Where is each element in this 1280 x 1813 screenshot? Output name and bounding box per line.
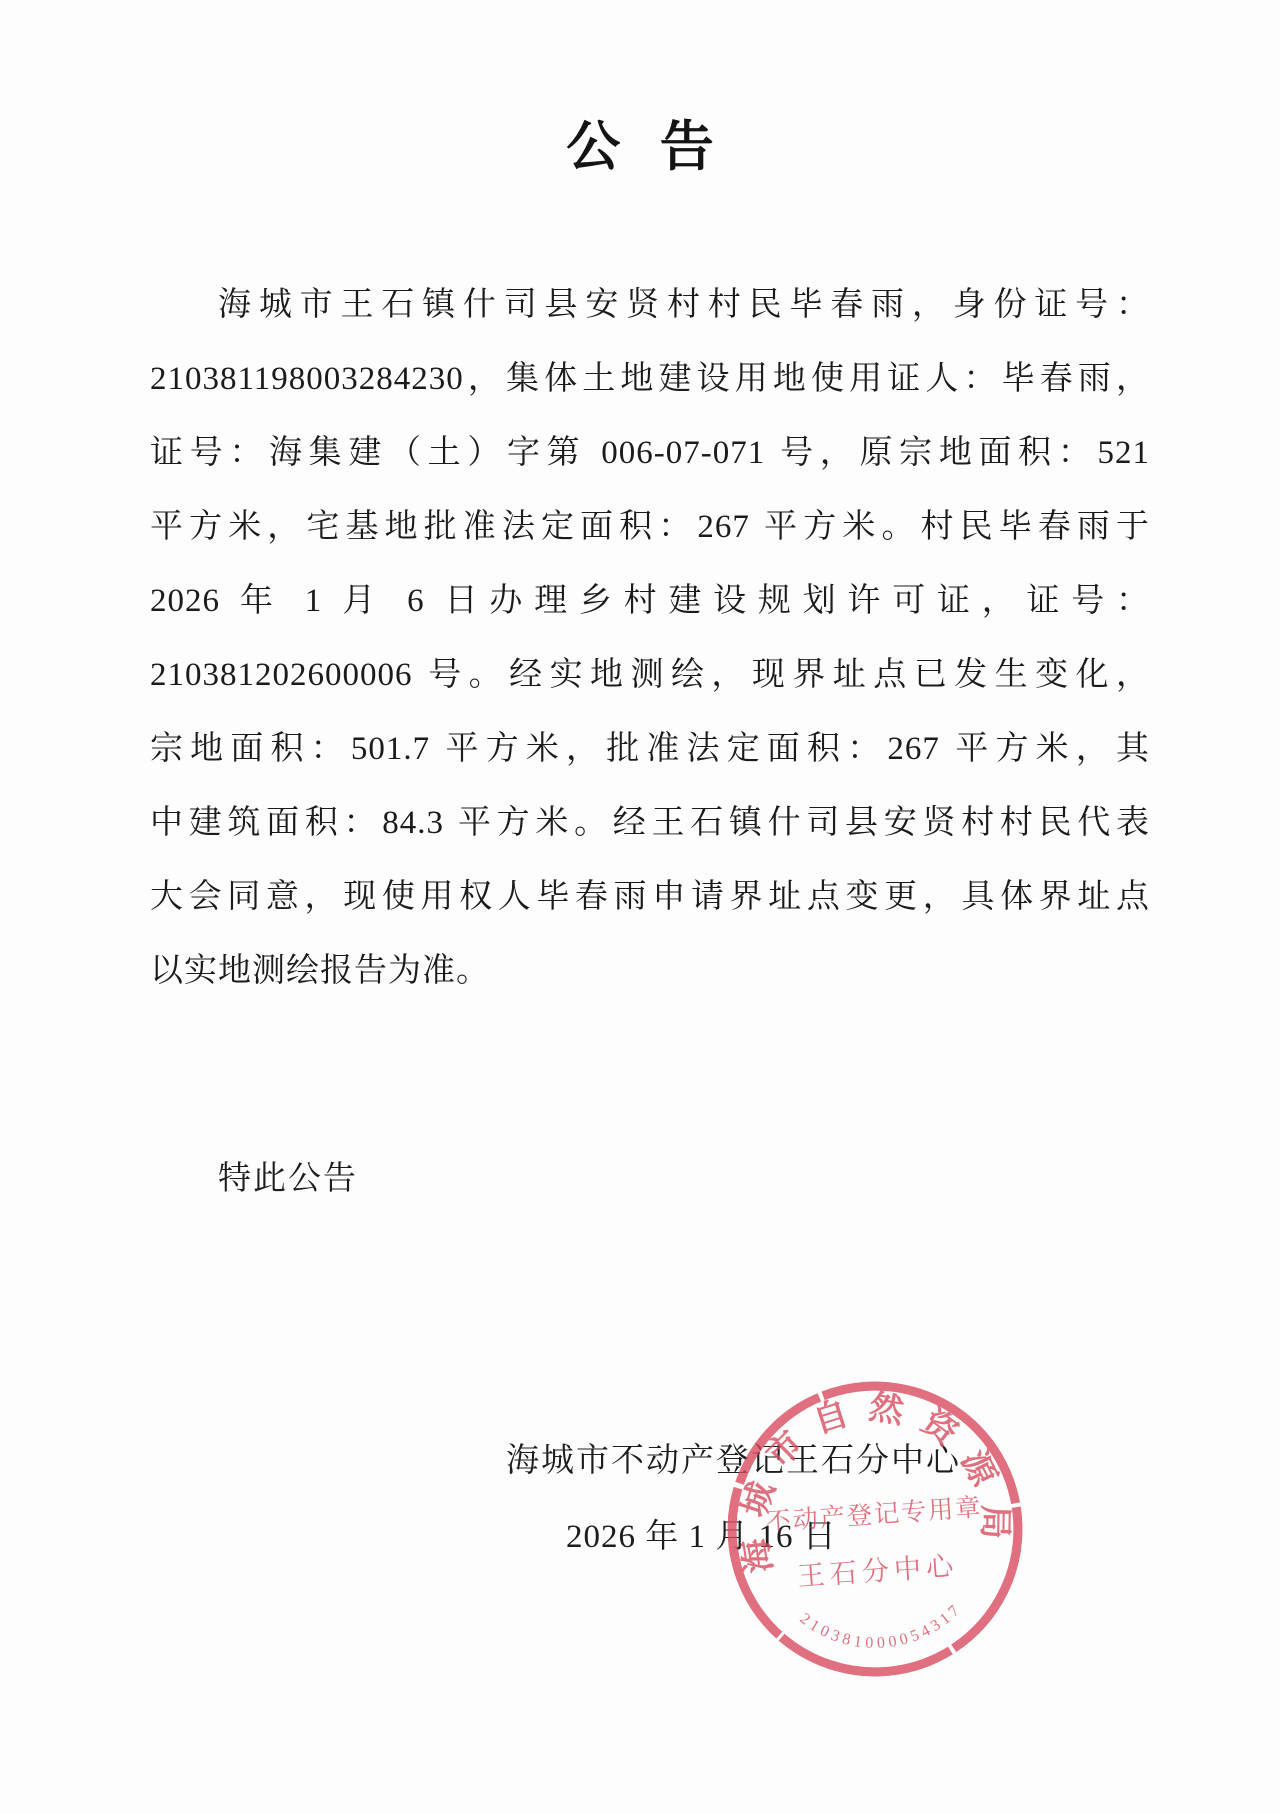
body-line-9: 大会同意，现使用权人毕春雨申请界址点变更，具体界址点	[150, 860, 1150, 934]
issuer-signature: 海城市不动产登记王石分中心	[506, 1434, 961, 1481]
document-title: 公 告	[0, 104, 1280, 181]
announcement-document: 公 告 海城市王石镇什司县安贤村村民毕春雨，身份证号： 210381198003…	[0, 0, 1280, 1813]
body-line-6: 210381202600006 号。经实地测绘，现界址点已发生变化，	[150, 638, 1150, 712]
issue-date: 2026 年 1 月 16 日	[566, 1510, 837, 1557]
body-line-4: 平方米，宅基地批准法定面积：267 平方米。村民毕春雨于	[150, 490, 1150, 564]
body-line-5: 2026 年 1 月 6 日办理乡村建设规划许可证，证号：	[150, 564, 1150, 638]
body-line-1: 海城市王石镇什司县安贤村村民毕春雨，身份证号：	[150, 268, 1150, 342]
body-line-10: 以实地测绘报告为准。	[150, 934, 1150, 1008]
document-body: 海城市王石镇什司县安贤村村民毕春雨，身份证号： 2103811980032842…	[150, 268, 1150, 1008]
body-line-7: 宗地面积：501.7 平方米，批准法定面积：267 平方米，其	[150, 712, 1150, 786]
closing-statement: 特此公告	[218, 1152, 358, 1199]
seal-serial-number: 210381000054317	[796, 1599, 968, 1657]
body-line-8: 中建筑面积：84.3 平方米。经王石镇什司县安贤村村民代表	[150, 786, 1150, 860]
body-line-2: 210381198003284230，集体土地建设用地使用证人：毕春雨，	[150, 342, 1150, 416]
body-line-3: 证号：海集建（土）字第 006-07-071 号，原宗地面积：521	[150, 416, 1150, 490]
